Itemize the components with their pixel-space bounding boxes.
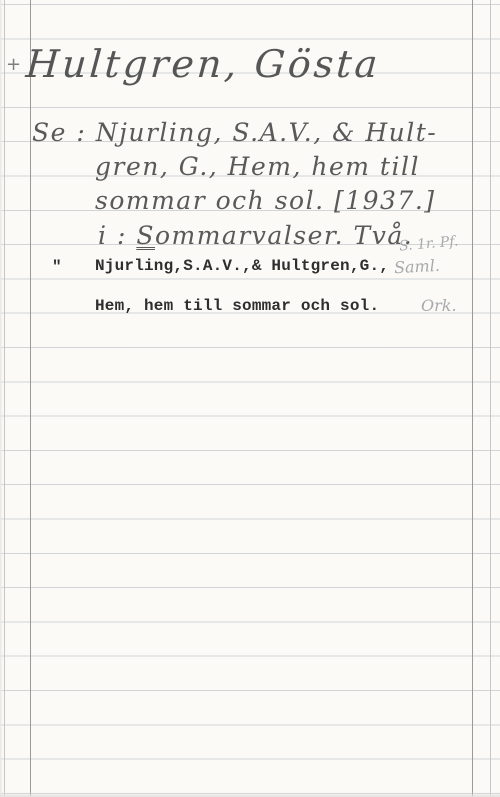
card-heading: Hultgren, Gösta	[24, 42, 381, 86]
paper-edge-left	[0, 0, 3, 797]
annotation-collection: Saml.	[394, 256, 441, 277]
see-reference-line-3: sommar och sol. [1937.]	[95, 186, 436, 215]
typed-entry-line-2: Hem, hem till sommar och sol.	[95, 297, 379, 315]
in-reference-line: i : Sommarvalser. Två.	[98, 221, 413, 250]
in-reference-rest: ommarvalser. Två.	[155, 221, 413, 250]
see-reference-line-2: gren, G., Hem, hem till	[95, 152, 420, 181]
typed-entry-line-1: Njurling,S.A.V.,& Hultgren,G.,	[95, 257, 389, 275]
margin-line-right	[472, 0, 473, 797]
paper-edge-bottom	[0, 792, 500, 797]
margin-line-left-outer	[4, 0, 5, 797]
see-reference-line-1: Se : Njurling, S.A.V., & Hult-	[32, 118, 437, 147]
plus-mark: +	[6, 54, 21, 75]
margin-line-right-outer	[490, 0, 491, 797]
ditto-mark: "	[52, 258, 62, 276]
margin-line-left	[30, 0, 31, 797]
in-reference-prefix: i :	[98, 221, 136, 250]
annotation-orchestra: Ork.	[421, 296, 457, 315]
in-reference-underlined-letter: S	[136, 221, 155, 250]
catalog-card: + Hultgren, Gösta Se : Njurling, S.A.V.,…	[0, 0, 500, 797]
